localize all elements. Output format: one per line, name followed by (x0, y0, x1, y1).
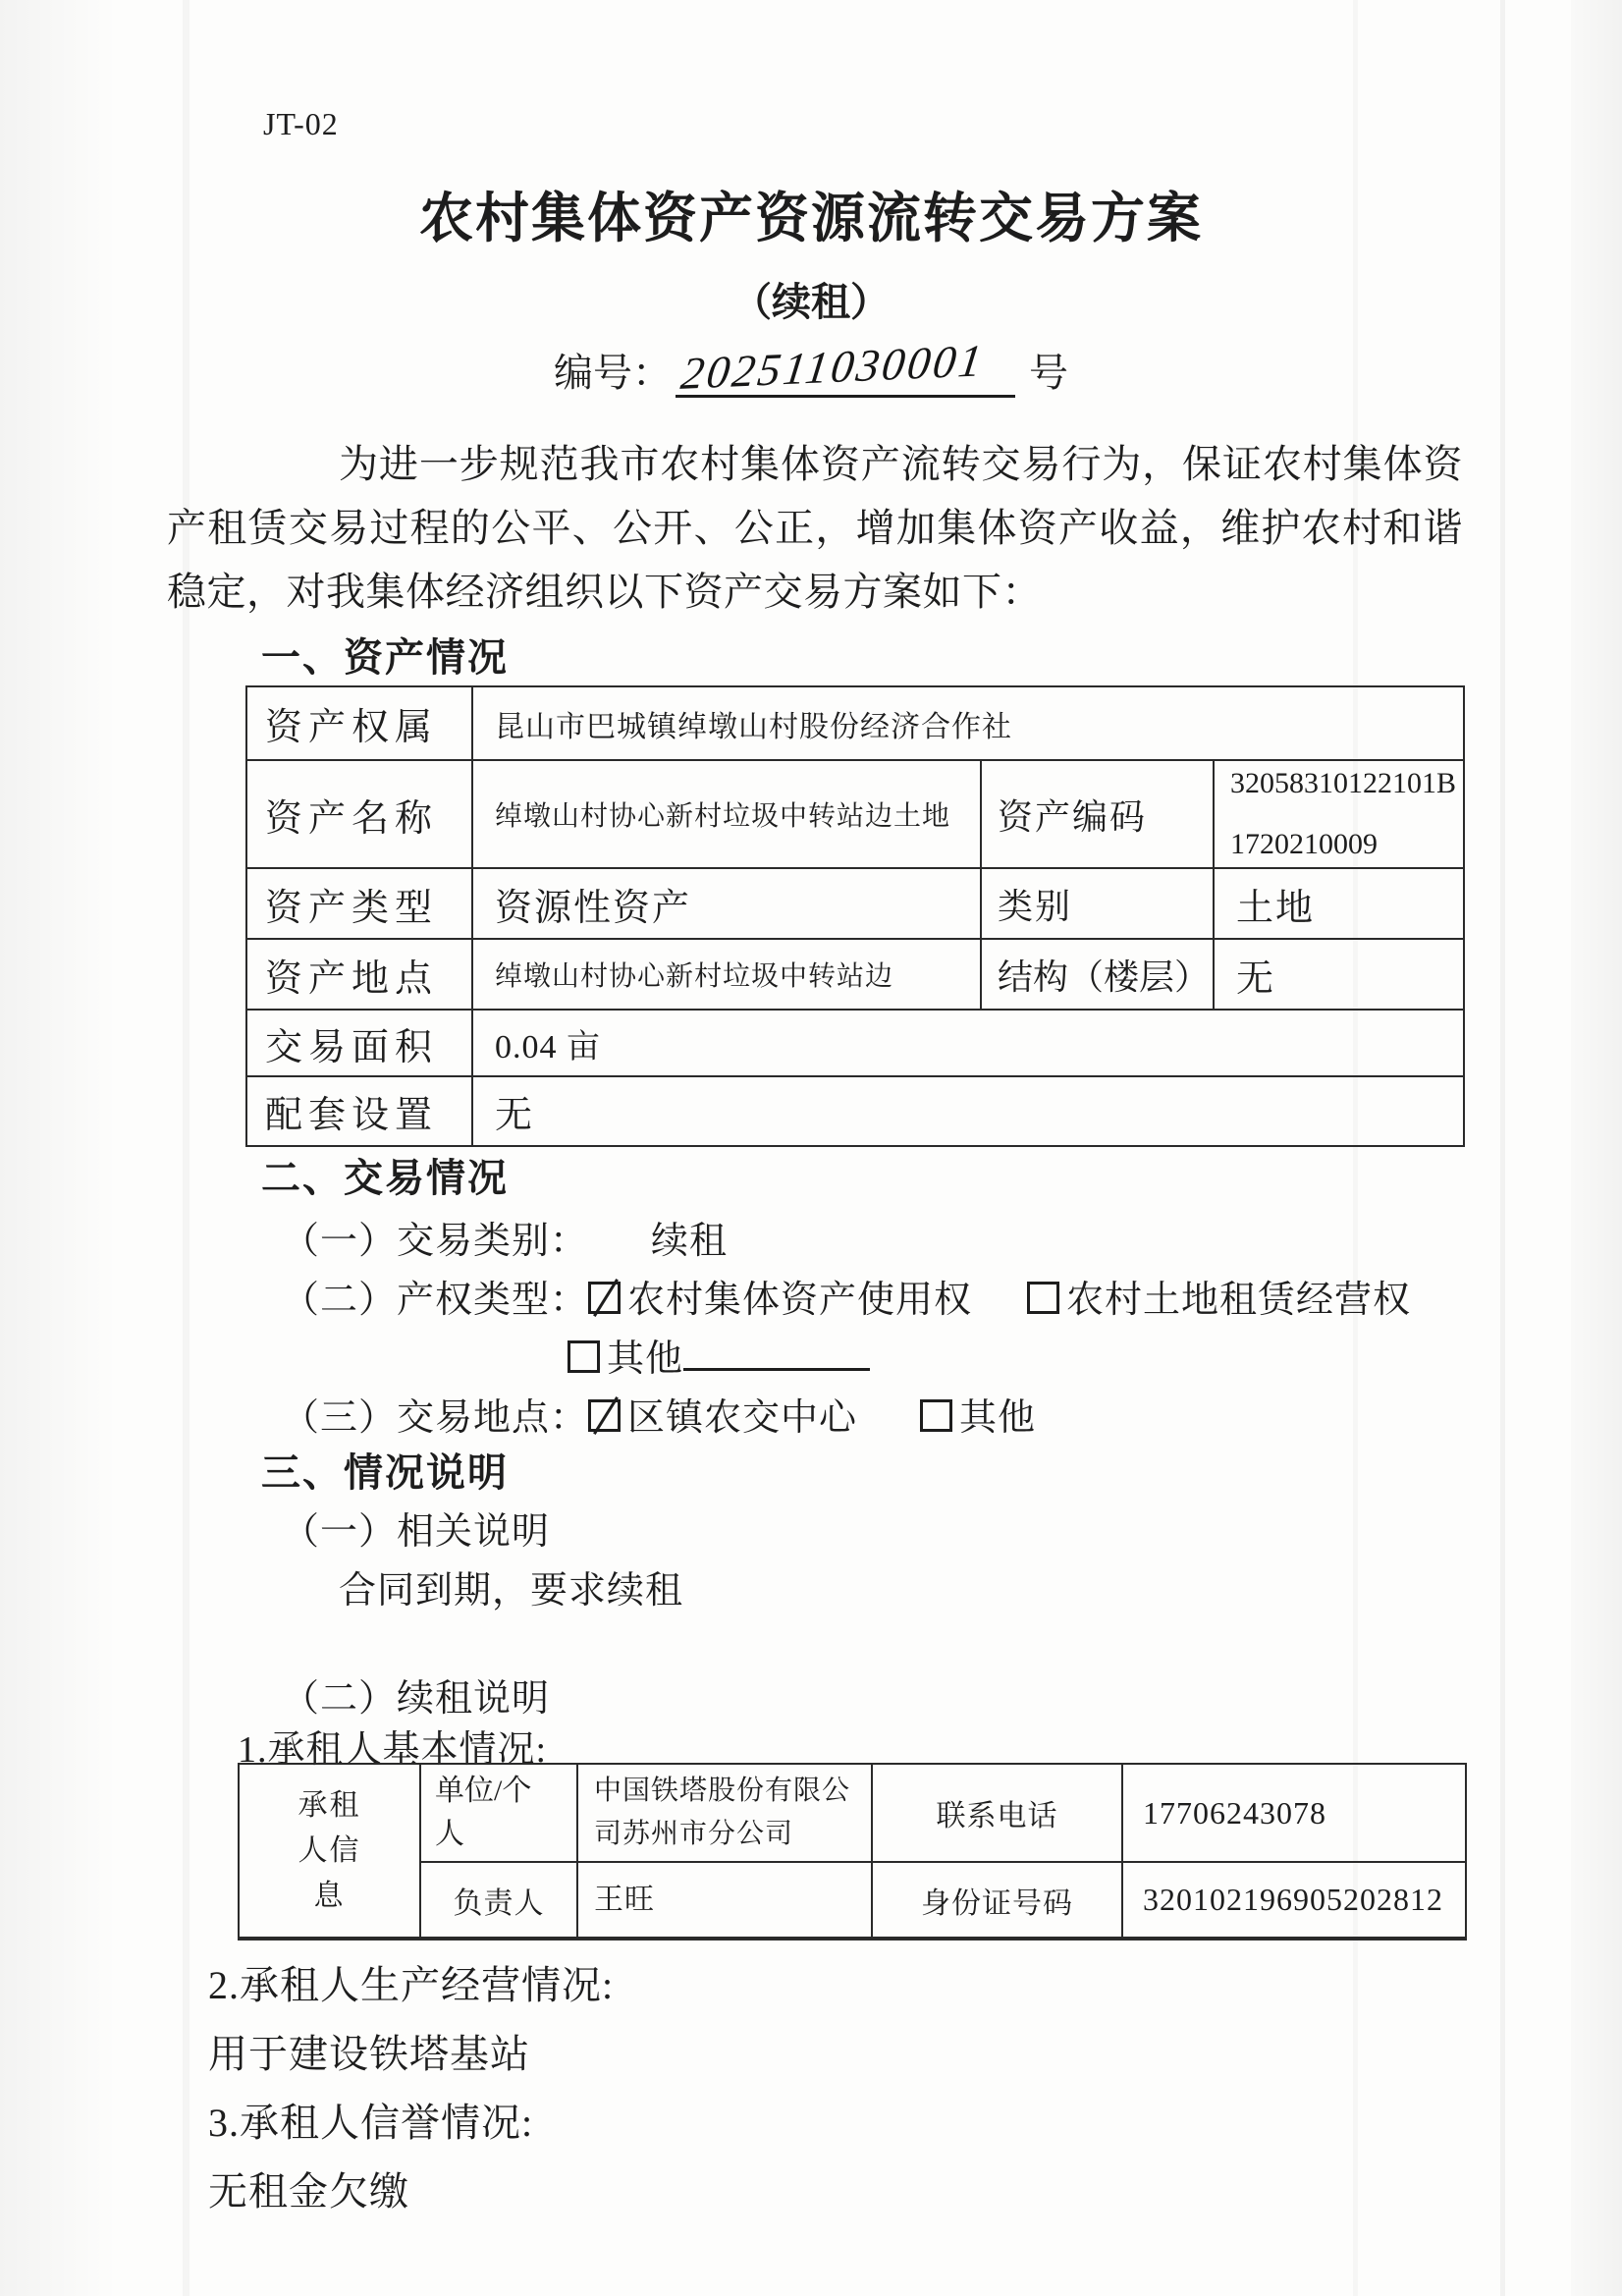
tenant-table: 承租人信息 单位/个人 中国铁塔股份有限公司苏州市分公司 联系电话 177062… (238, 1763, 1467, 1941)
asset-category-label: 类别 (981, 868, 1214, 939)
section-heading-assets: 一、资产情况 (261, 627, 509, 683)
tenant-business-text: 用于建设铁塔基站 (208, 2023, 530, 2079)
table-row: 资产权属 昆山市巴城镇绰墩山村股份经济合作社 (246, 686, 1464, 760)
asset-category-value: 土地 (1214, 868, 1464, 939)
asset-facilities-value: 无 (472, 1076, 1464, 1146)
serial-prefix: 编号： (554, 351, 672, 395)
asset-area-value: 0.04 亩 (472, 1010, 1464, 1076)
tenant-unit-label: 单位/个人 (420, 1764, 577, 1862)
unchecked-checkbox-icon (920, 1399, 952, 1432)
tenant-phone-value: 17706243078 (1122, 1764, 1466, 1862)
serial-number-line: 编号：202511030001号 (0, 342, 1622, 398)
checked-checkbox-icon (588, 1399, 621, 1432)
property-right-line: （二）产权类型：农村集体资产使用权农村土地租赁经营权 (282, 1269, 1411, 1323)
trade-place-option-2: 其他 (959, 1397, 1036, 1439)
asset-type-value: 资源性资产 (472, 868, 981, 939)
unchecked-checkbox-icon (1027, 1282, 1059, 1314)
trade-place-label: （三）交易地点： (282, 1397, 588, 1439)
asset-ownership-value: 昆山市巴城镇绰墩山村股份经济合作社 (472, 686, 1464, 760)
property-right-option-1: 农村集体资产使用权 (627, 1280, 972, 1321)
asset-name-value: 绰墩山村协心新村垃圾中转站边土地 (472, 760, 981, 868)
related-notes-text: 合同到期，要求续租 (339, 1559, 683, 1613)
transaction-type-value: 续租 (651, 1221, 728, 1262)
tenant-credit-text: 无租金欠缴 (208, 2160, 409, 2216)
section-heading-notes: 三、情况说明 (261, 1442, 509, 1498)
transaction-type-line: （一）交易类别：续租 (282, 1210, 728, 1264)
property-right-other-line: 其他 (568, 1328, 870, 1382)
asset-structure-label: 结构（楼层） (981, 939, 1214, 1010)
asset-area-label: 交易面积 (246, 1010, 472, 1076)
section-heading-transaction: 二、交易情况 (261, 1147, 509, 1203)
trade-place-line: （三）交易地点：区镇农交中心其他 (282, 1387, 1036, 1441)
tenant-credit-heading: 3.承租人信誉情况: (208, 2092, 533, 2148)
checked-checkbox-icon (588, 1282, 621, 1314)
table-row: 资产地点 绰墩山村协心新村垃圾中转站边 结构（楼层） 无 (246, 939, 1464, 1010)
transaction-type-label: （一）交易类别： (282, 1221, 588, 1262)
asset-facilities-label: 配套设置 (246, 1076, 472, 1146)
tenant-id-label: 身份证号码 (872, 1862, 1122, 1939)
asset-code-value: 32058310122101B 1720210009 (1214, 760, 1464, 868)
unchecked-checkbox-icon (568, 1340, 600, 1373)
property-right-label: （二）产权类型： (282, 1280, 588, 1321)
asset-name-label: 资产名称 (246, 760, 472, 868)
asset-structure-value: 无 (1214, 939, 1464, 1010)
table-row: 资产名称 绰墩山村协心新村垃圾中转站边土地 资产编码 3205831012210… (246, 760, 1464, 868)
scanned-document-page: JT-02 农村集体资产资源流转交易方案 （续租） 编号：20251103000… (0, 0, 1622, 2296)
asset-table: 资产权属 昆山市巴城镇绰墩山村股份经济合作社 资产名称 绰墩山村协心新村垃圾中转… (245, 685, 1465, 1147)
asset-location-label: 资产地点 (246, 939, 472, 1010)
serial-underline: 202511030001 (676, 342, 1015, 398)
asset-code-label: 资产编码 (981, 760, 1214, 868)
asset-type-label: 资产类型 (246, 868, 472, 939)
document-subtitle: （续租） (0, 271, 1622, 327)
related-notes-heading: （一）相关说明 (282, 1501, 550, 1555)
serial-handwritten-value: 202511030001 (678, 335, 988, 400)
blank-underline (683, 1331, 870, 1371)
asset-ownership-label: 资产权属 (246, 686, 472, 760)
asset-code-line1: 32058310122101B (1230, 762, 1462, 805)
document-title: 农村集体资产资源流转交易方案 (0, 175, 1622, 252)
tenant-phone-label: 联系电话 (872, 1764, 1122, 1862)
intro-paragraph: 为进一步规范我市农村集体资产流转交易行为，保证农村集体资产租赁交易过程的公平、公… (167, 432, 1463, 624)
serial-suffix: 号 (1029, 351, 1068, 395)
renewal-notes-heading: （二）续租说明 (282, 1667, 550, 1722)
asset-location-value: 绰墩山村协心新村垃圾中转站边 (472, 939, 981, 1010)
tenant-group-label: 承租人信息 (239, 1764, 420, 1939)
property-right-option-2: 农村土地租赁经营权 (1066, 1280, 1411, 1321)
property-right-option-other: 其他 (607, 1339, 683, 1380)
form-code: JT-02 (263, 106, 339, 142)
trade-place-option-1: 区镇农交中心 (627, 1397, 857, 1439)
table-row: 交易面积 0.04 亩 (246, 1010, 1464, 1076)
tenant-business-heading: 2.承租人生产经营情况: (208, 1954, 614, 2010)
table-row: 配套设置 无 (246, 1076, 1464, 1146)
tenant-unit-value: 中国铁塔股份有限公司苏州市分公司 (577, 1764, 872, 1862)
asset-code-line2: 1720210009 (1230, 823, 1462, 866)
table-row: 承租人信息 单位/个人 中国铁塔股份有限公司苏州市分公司 联系电话 177062… (239, 1764, 1466, 1862)
tenant-id-value: 320102196905202812 (1122, 1862, 1466, 1939)
table-row: 资产类型 资源性资产 类别 土地 (246, 868, 1464, 939)
tenant-manager-label: 负责人 (420, 1862, 577, 1939)
table-row: 负责人 王旺 身份证号码 320102196905202812 (239, 1862, 1466, 1939)
tenant-manager-value: 王旺 (577, 1862, 872, 1939)
